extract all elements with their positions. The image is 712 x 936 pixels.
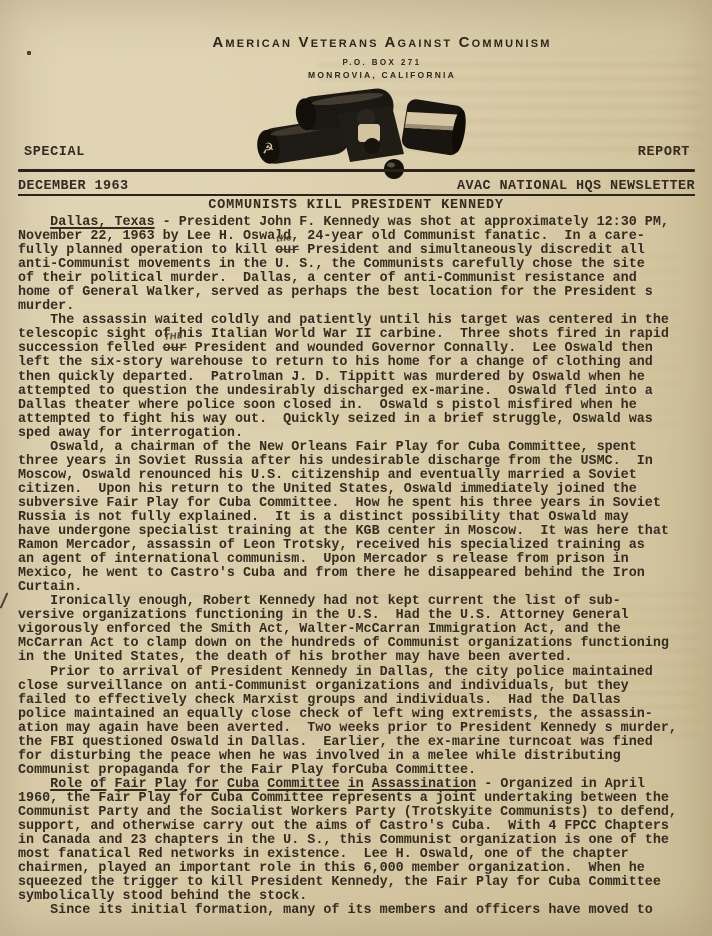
text-line: Oswald, a chairman of the New Orleans Fa… (18, 441, 698, 455)
text-line: have undergone specialist training at th… (18, 525, 698, 539)
text-line: left the six-story warehouse to return t… (18, 356, 698, 370)
text-line: symbolically stood behind the stock. (18, 890, 698, 904)
text-line: then quickly departed. Patrolman J. D. T… (18, 371, 698, 385)
issue-date: DECEMBER 1963 (18, 179, 129, 194)
text-line: the FBI questioned Oswald in Dallas. Ear… (18, 736, 698, 750)
text-line: in Canada and 23 chapters in the U. S., … (18, 834, 698, 848)
text-line: in the United States, the death of his b… (18, 651, 698, 665)
underlined-text: Play (155, 777, 187, 792)
underlined-text: Committee (267, 777, 339, 792)
text-line: most fanatical Red networks in existence… (18, 848, 698, 862)
text-line: Mexico, he went to Castro's Cuba and fro… (18, 567, 698, 581)
text-line: squeezed the trigger to kill President K… (18, 876, 698, 890)
divider-rule (18, 169, 695, 172)
text-line: citizen. Upon his return to the United S… (18, 483, 698, 497)
text-line: Role of Fair Play for Cuba Committee in … (18, 778, 698, 792)
text-line: versive organizations functioning in the… (18, 609, 698, 623)
text-line: home of General Walker, served as perhap… (18, 286, 698, 300)
document-body: Dallas, Texas - President John F. Kenned… (18, 216, 698, 918)
underlined-text: Fair (114, 777, 146, 792)
text-line: Communist propaganda for the Fair Play f… (18, 764, 698, 778)
text-line: 1960, the Fair Play for Cuba Committee r… (18, 792, 698, 806)
text-line: ation may again have been averted. Two w… (18, 722, 698, 736)
masthead-special-row: SPECIAL REPORT (24, 145, 690, 160)
struck-text: ourTHE (163, 341, 187, 356)
text-line: murder. (18, 300, 698, 314)
paragraph: Prior to arrival of President Kennedy in… (18, 666, 698, 778)
text-line: for disturbing the peace when he was inv… (18, 750, 698, 764)
underlined-text: Assassination (372, 777, 476, 792)
po-box-line: P.O. BOX 271 (52, 58, 712, 67)
headline: COMMUNISTS KILL PRESIDENT KENNEDY (0, 198, 712, 213)
text-line: vigorously enforced the Smith Act, Walte… (18, 623, 698, 637)
text-line: support, and otherwise carry out the aim… (18, 820, 698, 834)
text-line: of their political murder. Dallas, a cen… (18, 272, 698, 286)
special-label: SPECIAL (24, 145, 85, 160)
text-line: Ironically enough, Robert Kennedy had no… (18, 595, 698, 609)
text-line: three years in Soviet Russia after his u… (18, 455, 698, 469)
newsletter-title: AVAC NATIONAL HQS NEWSLETTER (457, 179, 695, 194)
text-line: The assassin waited coldly and patiently… (18, 314, 698, 328)
underlined-text: Cuba (227, 777, 259, 792)
ink-speck (27, 51, 31, 55)
underlined-text: for (195, 777, 219, 792)
letterhead: American Veterans Against Communism P.O.… (52, 34, 712, 80)
underlined-text: Role (50, 777, 82, 792)
pen-mark (0, 592, 8, 608)
text-line: Since its initial formation, many of its… (18, 904, 698, 918)
text-line: Prior to arrival of President Kennedy in… (18, 666, 698, 680)
paragraph: The assassin waited coldly and patiently… (18, 314, 698, 440)
text-line: McCarran Act to clamp down on the hundre… (18, 637, 698, 651)
underlined-text: in (348, 777, 364, 792)
text-line: Communist Party and the Socialist Worker… (18, 806, 698, 820)
text-line: Dallas theater where police soon closed … (18, 399, 698, 413)
text-line: attempted to question the undesirably di… (18, 385, 698, 399)
struck-text: ourthe (275, 243, 299, 258)
text-line: Dallas, Texas - President John F. Kenned… (18, 216, 698, 230)
binoculars-logo: ☭ (254, 84, 472, 180)
text-line: Ramon Mercador, assassin of Leon Trotsky… (18, 539, 698, 553)
paragraph: Ironically enough, Robert Kennedy had no… (18, 595, 698, 665)
text-line: Moscow, Oswald renounced his U.S. citize… (18, 469, 698, 483)
text-line: subversive Fair Play for Cuba Committee.… (18, 497, 698, 511)
text-line: failed to effectively check Marxist grou… (18, 694, 698, 708)
text-line: November 22, 1963 by Lee H. Oswald, 24-y… (18, 230, 698, 244)
masthead-date-row: DECEMBER 1963 AVAC NATIONAL HQS NEWSLETT… (18, 175, 695, 196)
text-line: anti-Communist movements in the U. S., t… (18, 258, 698, 272)
text-line: Russia is not fully explained. It is a d… (18, 511, 698, 525)
text-line: attempted to fight his way out. Quickly … (18, 413, 698, 427)
text-line: chairmen, played an important role in th… (18, 862, 698, 876)
paragraph: Role of Fair Play for Cuba Committee in … (18, 778, 698, 904)
underlined-text: Dallas, Texas (50, 215, 154, 230)
newsletter-page: American Veterans Against Communism P.O.… (0, 0, 712, 936)
org-name: American Veterans Against Communism (52, 34, 712, 51)
text-line: police maintained an equally close check… (18, 708, 698, 722)
text-line: sped away for interrogation. (18, 427, 698, 441)
report-label: REPORT (638, 145, 690, 160)
handwritten-note: the (276, 234, 293, 244)
paragraph: Dallas, Texas - President John F. Kenned… (18, 216, 698, 314)
text-line: succession felled ourTHE President and w… (18, 342, 698, 356)
handwritten-note: THE (163, 332, 182, 342)
paragraph: Since its initial formation, many of its… (18, 904, 698, 918)
text-line: an agent of international communism. Upo… (18, 553, 698, 567)
text-line: fully planned operation to kill ourthe P… (18, 244, 698, 258)
city-line: MONROVIA, CALIFORNIA (52, 70, 712, 80)
text-line: Curtain. (18, 581, 698, 595)
text-line: close surveillance on anti-Communist org… (18, 680, 698, 694)
paragraph: Oswald, a chairman of the New Orleans Fa… (18, 441, 698, 596)
underlined-text: of (90, 777, 106, 792)
text-line: telescopic sight of his Italian World Wa… (18, 328, 698, 342)
